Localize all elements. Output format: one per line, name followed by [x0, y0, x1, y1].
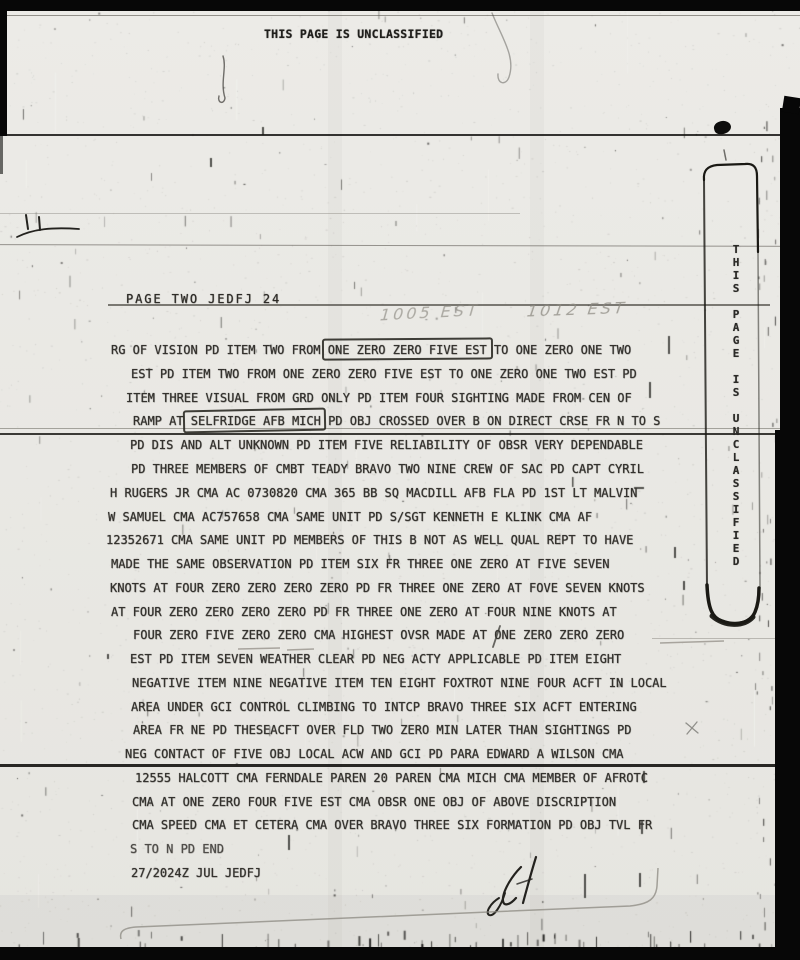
scanned-teletype-page: THIS PAGE IS UNCLASSIFIED PAGE TWO JEDFJ… [0, 0, 800, 960]
scan-border-left-fade [0, 136, 3, 174]
page-edge-curve [121, 868, 658, 939]
pencil-dashes [238, 641, 724, 650]
left-margin-marks [17, 215, 79, 237]
scan-border-bottom [0, 947, 800, 960]
scan-border-top [0, 0, 800, 11]
hand-drawn-bracket [704, 150, 760, 624]
scan-border-right-ragged [782, 96, 800, 114]
signature-scribble [488, 857, 536, 915]
scan-border-left [0, 8, 7, 136]
handwritten-marks-overlay [0, 0, 800, 960]
scan-border-right-lower [775, 430, 800, 960]
stray-pen-strokes [219, 13, 698, 734]
